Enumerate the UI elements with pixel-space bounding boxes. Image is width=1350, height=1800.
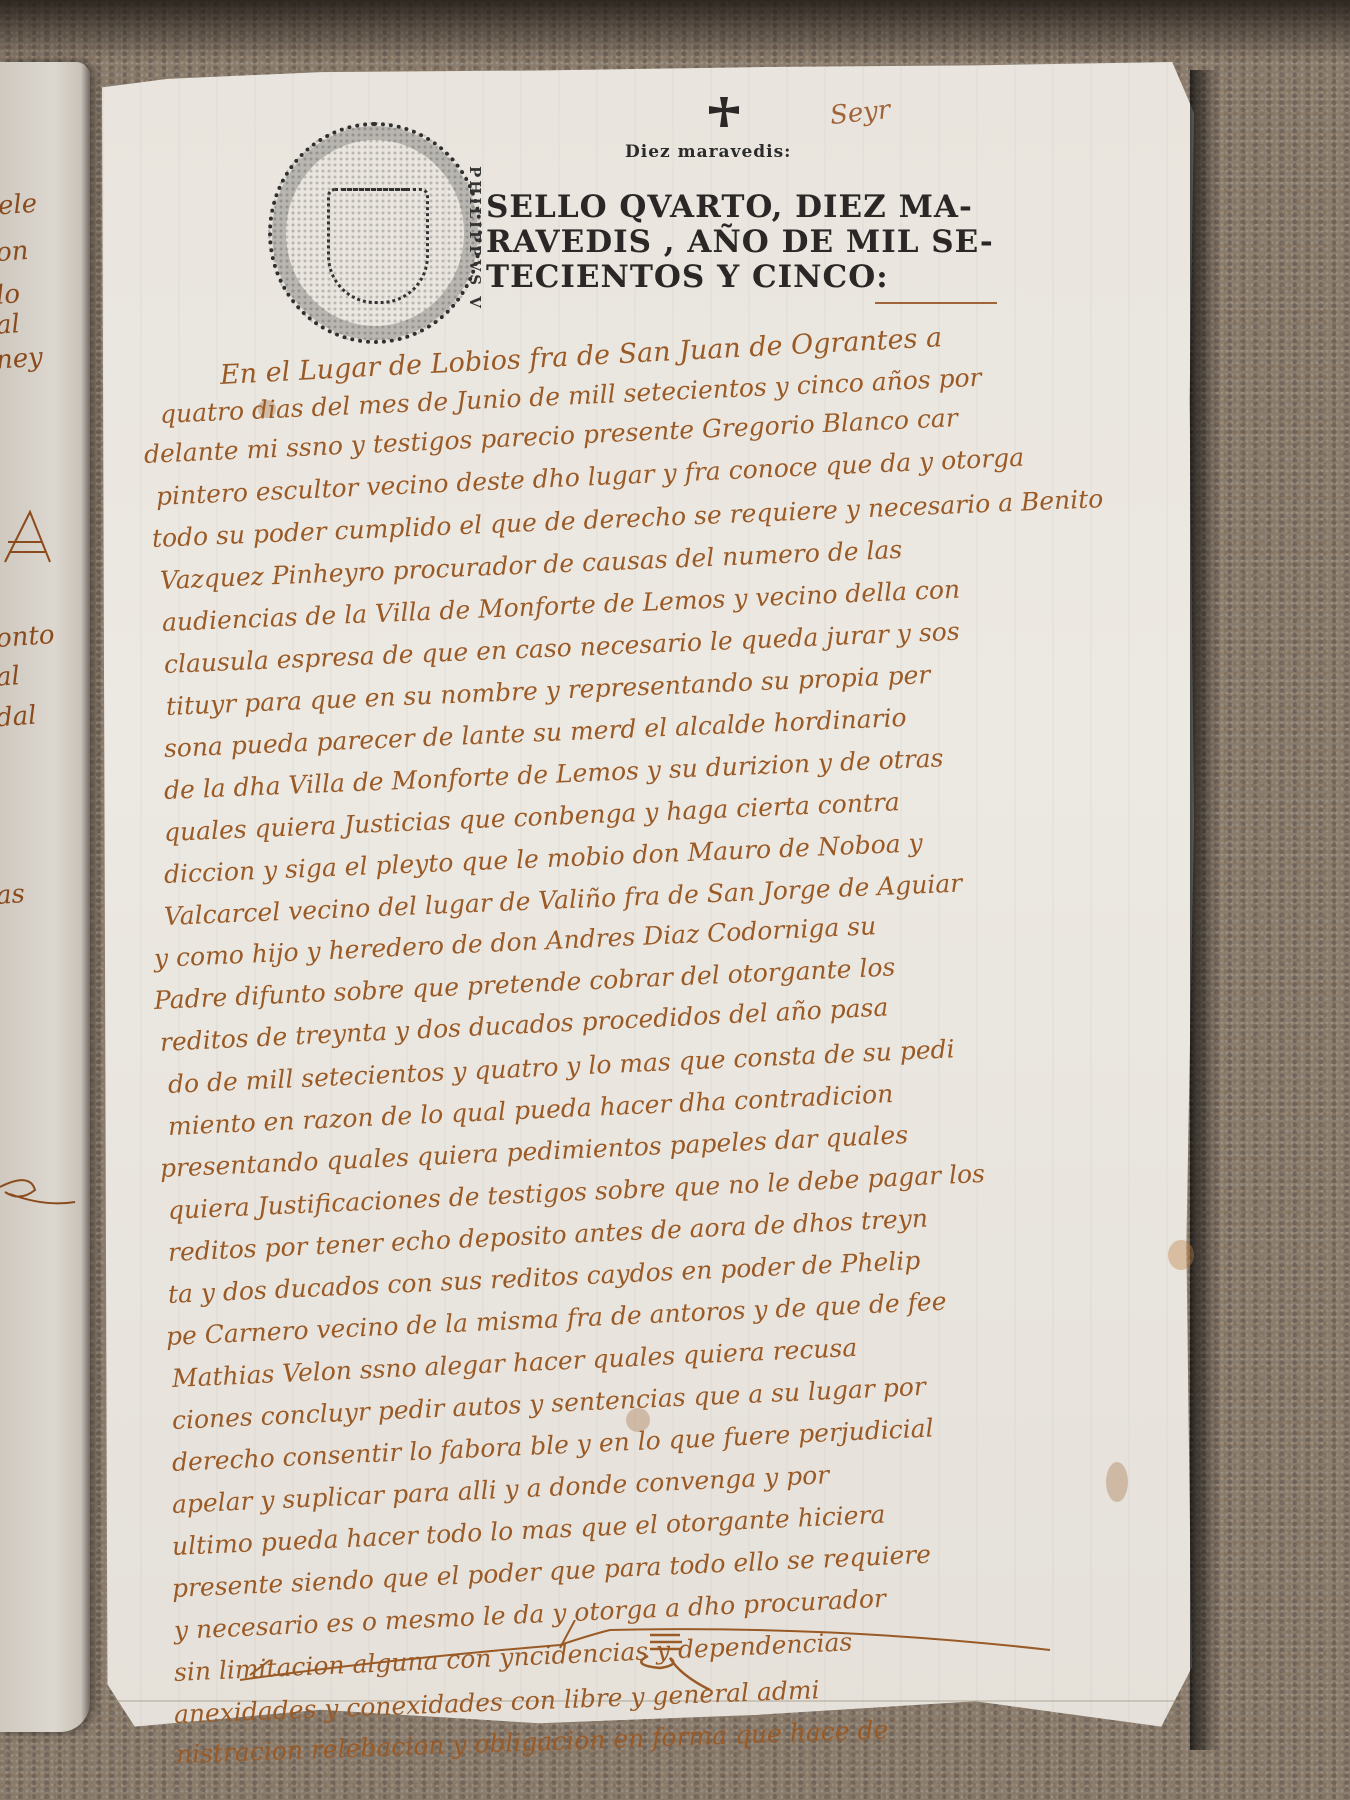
folio-annotation: Seyr — [829, 95, 892, 131]
left-page-fragment: ney — [0, 342, 44, 375]
water-stain — [1106, 1462, 1128, 1502]
left-page-edge: ele on lo al ney al onto dal as — [0, 62, 90, 1732]
left-page-fragment: lo — [0, 279, 21, 311]
left-page-fragment: al — [0, 661, 21, 693]
stamp-text-block: SELLO QVARTO, DIEZ MA- RAVEDIS , AÑO DE … — [486, 190, 1006, 295]
page-edge-shadow — [1190, 70, 1220, 1750]
seal-crown-icon — [342, 148, 408, 191]
seal-shield-icon — [327, 188, 429, 304]
stamp-value: Diez maravedis: — [625, 142, 791, 162]
left-page-fragment: al — [0, 309, 21, 341]
left-page-fragment: ele — [0, 189, 38, 222]
seal-legend: PHILIPPVS V — [466, 166, 484, 311]
stone-background-shadow — [0, 0, 1350, 60]
stamp-line: RAVEDIS , AÑO DE MIL SE- — [486, 225, 1006, 260]
left-page-fragment: on — [0, 236, 29, 268]
left-page-scribble-icon — [0, 1172, 80, 1212]
stamp-underline — [875, 302, 997, 304]
left-page-fragment: as — [0, 879, 26, 911]
royal-seal-stamp: PHILIPPVS V — [268, 122, 482, 344]
left-page-fragment: onto — [0, 620, 55, 654]
stamp-line: SELLO QVARTO, DIEZ MA- — [486, 190, 1006, 225]
left-page-scribble-icon — [0, 502, 60, 572]
closing-rubric-flourish-icon — [230, 1620, 1130, 1710]
water-stain — [1168, 1240, 1194, 1270]
left-page-fragment: dal — [0, 701, 37, 734]
cross-pattee-icon — [707, 95, 741, 129]
stamp-line: TECIENTOS Y CINCO: — [486, 260, 1006, 295]
